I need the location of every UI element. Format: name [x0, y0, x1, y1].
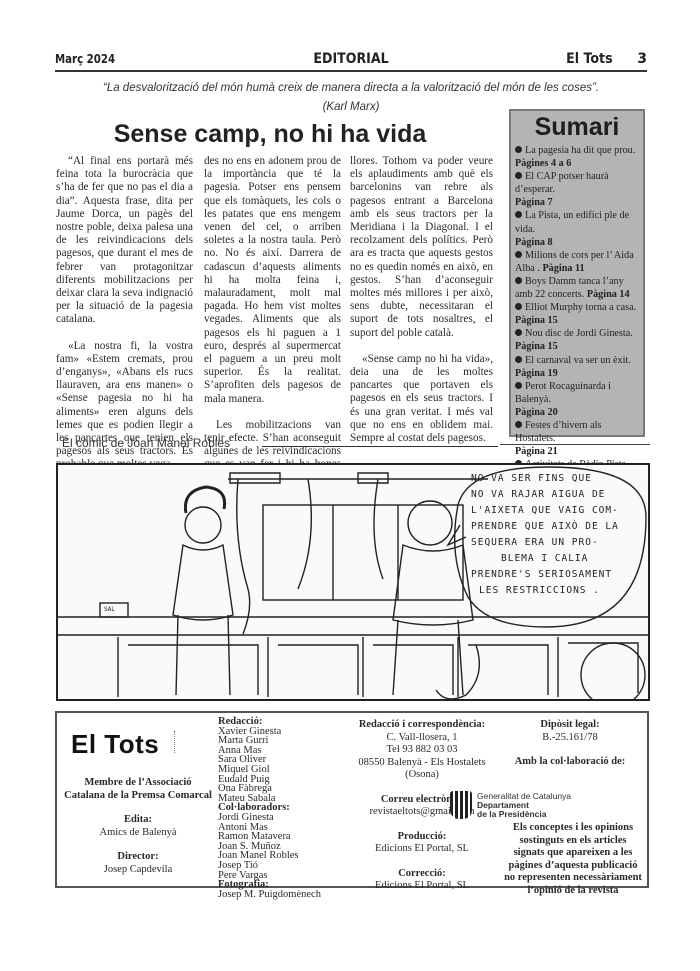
generalitat-logo: Generalitat de Catalunya Departament de … — [450, 791, 590, 821]
comic-strip: NO VA SER FINS QUE NO VA RAJAR AIGUA DE … — [56, 463, 650, 701]
article-column-3: llores. Tothom va poder veure els aplaud… — [350, 155, 493, 458]
article-column-2: des no ens en adonem prou de la importàn… — [204, 155, 341, 511]
bullet-icon — [515, 277, 522, 284]
toc-item[interactable]: Elliot Murphy torna a casa.Pàgina 15 — [515, 301, 639, 327]
toc-item[interactable]: El CAP potser haurà d’esperar.Pàgina 7 — [515, 170, 639, 209]
masthead-legal: Dipòsit legal: B.-25.161/78 Amb la col·l… — [504, 719, 636, 769]
staff-list: Redacció: Xavier Ginesta Marta Gurri Ann… — [218, 717, 321, 899]
jar-label: SAL — [104, 606, 115, 613]
toc-item[interactable]: Festes d’hivern als Hostalets.Pàgina 21 — [515, 419, 639, 458]
article-paragraph: des no ens en adonem prou de la importàn… — [204, 155, 341, 406]
bullet-icon — [515, 303, 522, 310]
article-paragraph: “Al final ens portarà més feina tota la … — [56, 155, 193, 327]
director: Josep Capdevila — [63, 864, 213, 877]
bullet-icon — [515, 146, 522, 153]
toc-item[interactable]: Perot Rocaguinarda i Balenyà.Pàgina 20 — [515, 380, 639, 419]
masthead-box: El Tots Membre de l’Associació Catalana … — [55, 711, 649, 888]
bullet-icon — [515, 382, 522, 389]
publication-logo: El Tots — [71, 729, 159, 760]
toc-title: Sumari — [515, 113, 639, 141]
bullet-icon — [515, 329, 522, 336]
table-of-contents: Sumari La pagesia ha dit que prou.Pàgine… — [509, 109, 645, 437]
toc-item[interactable]: Nou disc de Jordi Ginesta.Pàgina 15 — [515, 327, 639, 353]
article-paragraph: «Sense camp no hi ha vida», deia una de … — [350, 353, 493, 445]
page-number: 3 — [637, 51, 647, 67]
quote-text: “La desvalorització del món humà creix d… — [55, 79, 647, 98]
bullet-icon — [515, 251, 522, 258]
divider — [500, 444, 650, 445]
page-header: Març 2024 EDITORIAL El Tots 3 — [55, 52, 647, 72]
toc-item[interactable]: El carnaval va ser un èxit.Pàgina 19 — [515, 354, 639, 380]
article-title: Sense camp, no hi ha vida — [60, 120, 480, 149]
section-title: EDITORIAL — [85, 51, 618, 67]
membership-text: Membre de l’Associació Catalana de la Pr… — [63, 777, 213, 802]
bullet-icon — [515, 421, 522, 428]
publication-name: El Tots — [567, 51, 613, 67]
toc-item[interactable]: La pagesia ha dit que prou.Pàgines 4 a 6 — [515, 144, 639, 170]
masthead-left: Membre de l’Associació Catalana de la Pr… — [63, 777, 213, 876]
bullet-icon — [515, 356, 522, 363]
bullet-icon — [515, 211, 522, 218]
toc-item[interactable]: Milions de cors per l’ Aida Alba . Pàgin… — [515, 249, 639, 275]
disclaimer: Els conceptes i les opinions sostinguts … — [504, 822, 642, 897]
bullet-icon — [515, 172, 522, 179]
article-paragraph: llores. Tothom va poder veure els aplaud… — [350, 155, 493, 340]
toc-item[interactable]: La Pista, un edifici ple de vida.Pàgina … — [515, 209, 639, 248]
article-paragraph: «La nostra fi, la vostra fam» «Estem cre… — [56, 340, 193, 472]
comic-caption: El còmic de Joan Manel Robles — [62, 436, 230, 450]
speech-bubble: NO VA SER FINS QUE NO VA RAJAR AIGUA DE … — [471, 471, 619, 599]
toc-item[interactable]: Boys Damm tanca l’any amb 22 concerts. P… — [515, 275, 639, 301]
catalan-flag-icon — [450, 791, 472, 819]
logo-mark — [174, 731, 178, 753]
publisher: Amics de Balenyà — [63, 827, 213, 840]
divider — [262, 446, 498, 447]
